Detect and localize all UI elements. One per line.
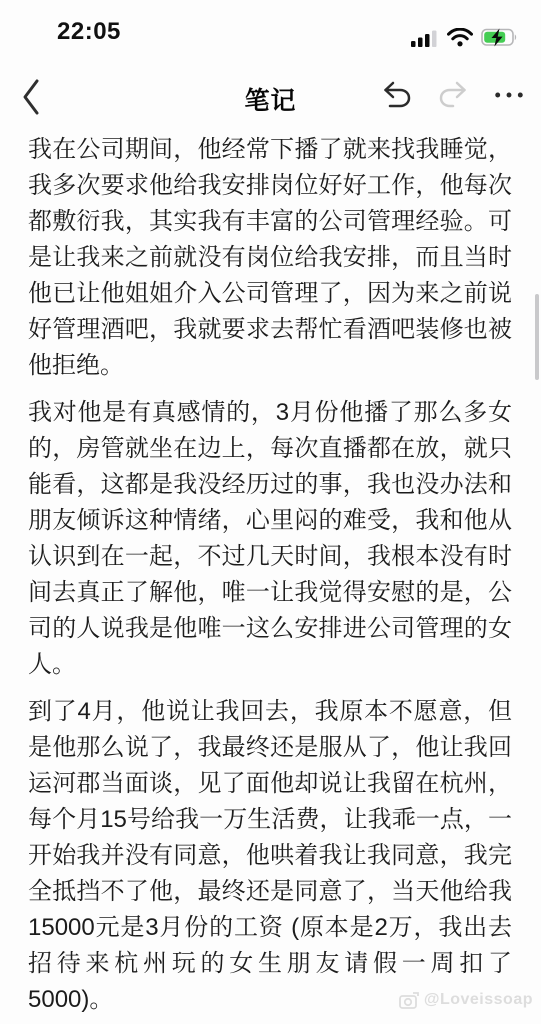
nav-bar: 笔记 [0,68,541,126]
nav-actions [381,80,525,110]
note-paragraph: 我对他是有真感情的，3月份他播了那么多女的，房管就坐在边上，每次直播都在放，就只… [28,395,512,683]
status-bar: 22:05 [0,0,541,58]
status-time: 22:05 [57,18,121,46]
ellipsis-icon [493,90,525,100]
watermark-text: @Loveissoap [424,991,533,1009]
note-paragraph: 到了4月，他说让我回去，我原本不愿意，但是他那么说了，我最终还是服从了，他让我回… [28,694,512,1018]
redo-button[interactable] [437,80,469,110]
more-button[interactable] [493,80,525,110]
undo-button[interactable] [381,80,413,110]
scrollbar[interactable] [535,294,539,380]
wifi-icon [447,28,473,47]
battery-charging-icon [481,28,519,47]
notes-app-screen: 22:05 [0,0,541,1024]
note-editor[interactable]: 我在公司期间，他经常下播了就来找我睡觉，我多次要求他给我安排岗位好好工作，他每次… [28,132,512,1024]
camera-icon [399,992,419,1009]
note-paragraph: 我在公司期间，他经常下播了就来找我睡觉，我多次要求他给我安排岗位好好工作，他每次… [28,132,512,384]
undo-icon [382,81,412,109]
cellular-bars-icon [411,29,439,47]
watermark: @Loveissoap [399,991,533,1009]
redo-icon [438,81,468,109]
status-icons [411,28,519,47]
